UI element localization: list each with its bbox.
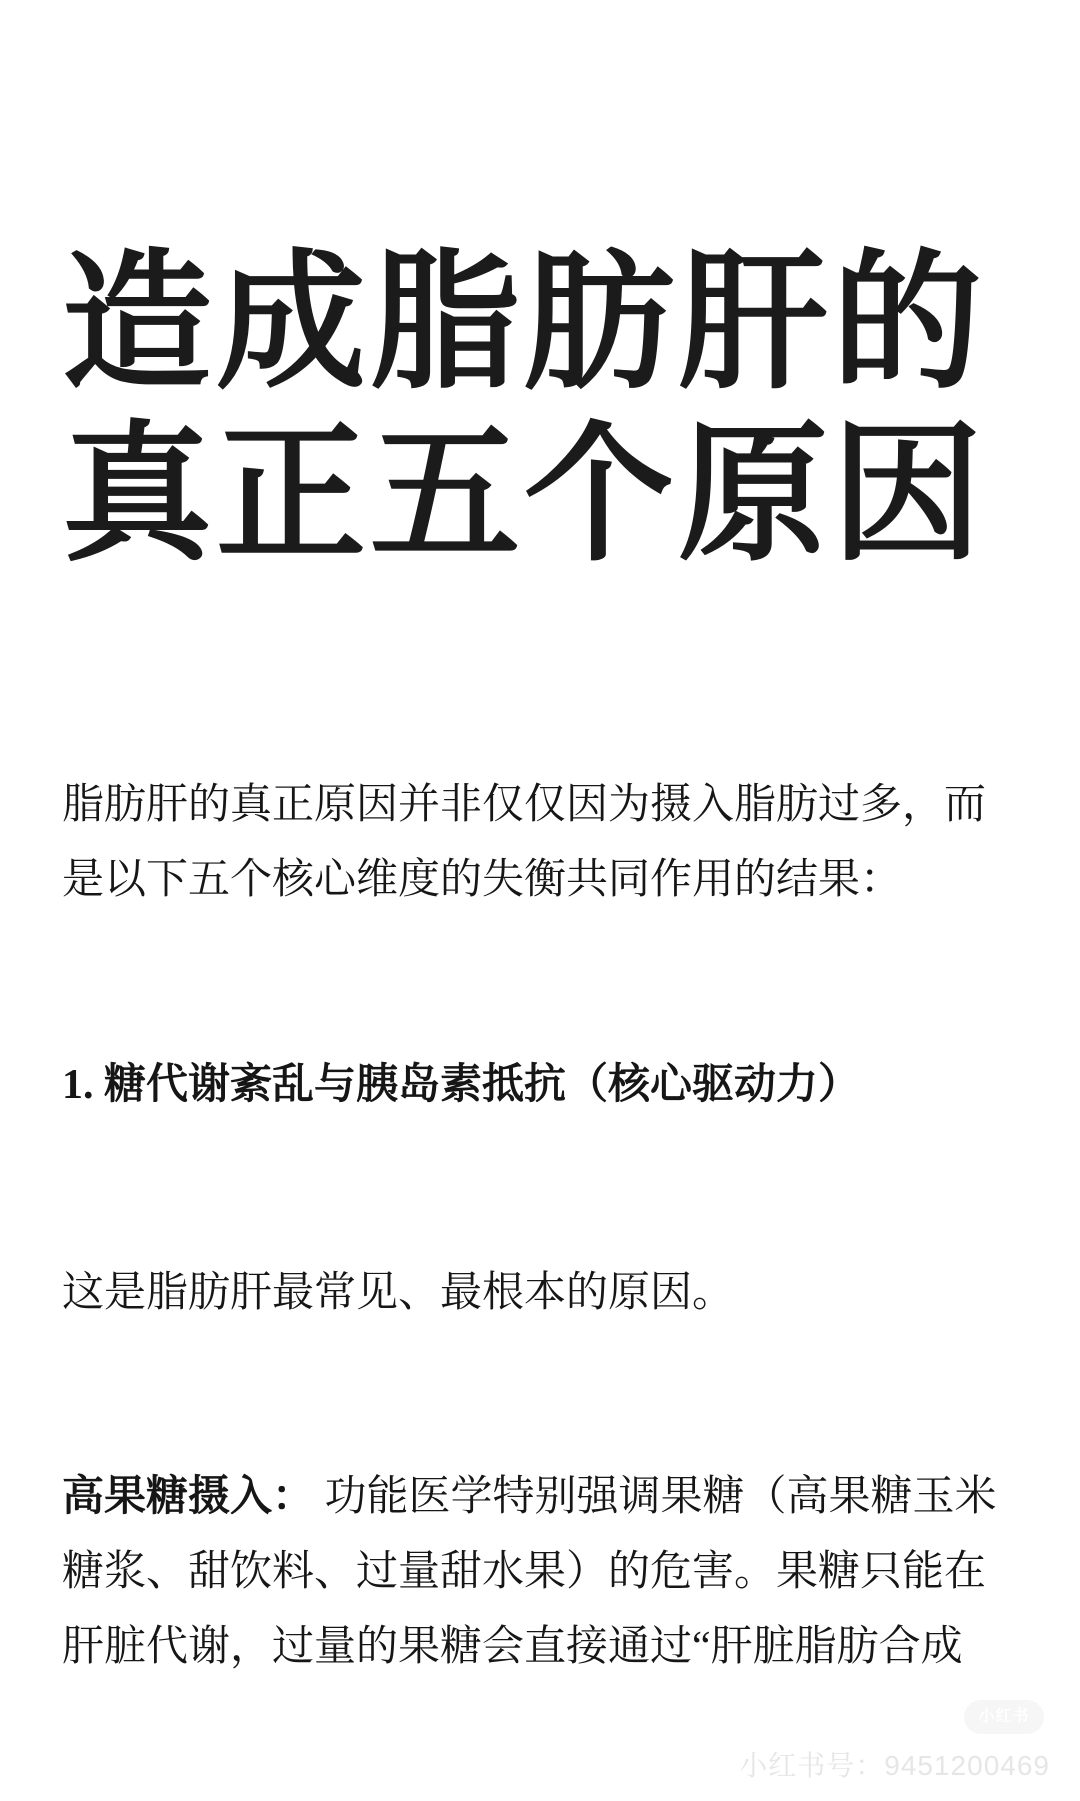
title-line-2: 真正五个原因: [62, 410, 986, 582]
intro-paragraph: 脂肪肝的真正原因并非仅仅因为摄入脂肪过多，而 是以下五个核心维度的失衡共同作用的…: [62, 768, 986, 918]
fructose-line-1: 高果糖摄入： 功能医学特别强调果糖（高果糖玉米: [62, 1460, 997, 1535]
page-title: 造成脂肪肝的 真正五个原因: [62, 238, 986, 582]
note-card: 造成脂肪肝的 真正五个原因 脂肪肝的真正原因并非仅仅因为摄入脂肪过多，而 是以下…: [0, 0, 1080, 1801]
summary-line: 这是脂肪肝最常见、最根本的原因。: [62, 1256, 734, 1331]
section-1-heading: 1. 糖代谢紊乱与胰岛素抵抗（核心驱动力）: [62, 1048, 860, 1123]
fructose-line-1-rest: 功能医学特别强调果糖（高果糖玉米: [314, 1474, 997, 1520]
xiaohongshu-account-watermark: 小红书号：9451200469: [739, 1744, 1050, 1784]
fructose-lead: 高果糖摄入：: [62, 1474, 314, 1520]
fructose-line-2: 糖浆、甜饮料、过量甜水果）的危害。果糖只能在: [62, 1535, 997, 1610]
fructose-line-3: 肝脏代谢，过量的果糖会直接通过“肝脏脂肪合成: [62, 1610, 997, 1685]
intro-line-2: 是以下五个核心维度的失衡共同作用的结果：: [62, 843, 986, 918]
section-1-summary: 这是脂肪肝最常见、最根本的原因。: [62, 1256, 734, 1331]
title-line-1: 造成脂肪肝的: [62, 238, 986, 410]
xiaohongshu-logo-watermark: 小红书: [964, 1700, 1044, 1734]
intro-line-1: 脂肪肝的真正原因并非仅仅因为摄入脂肪过多，而: [62, 768, 986, 843]
fructose-paragraph: 高果糖摄入： 功能医学特别强调果糖（高果糖玉米 糖浆、甜饮料、过量甜水果）的危害…: [62, 1460, 997, 1685]
